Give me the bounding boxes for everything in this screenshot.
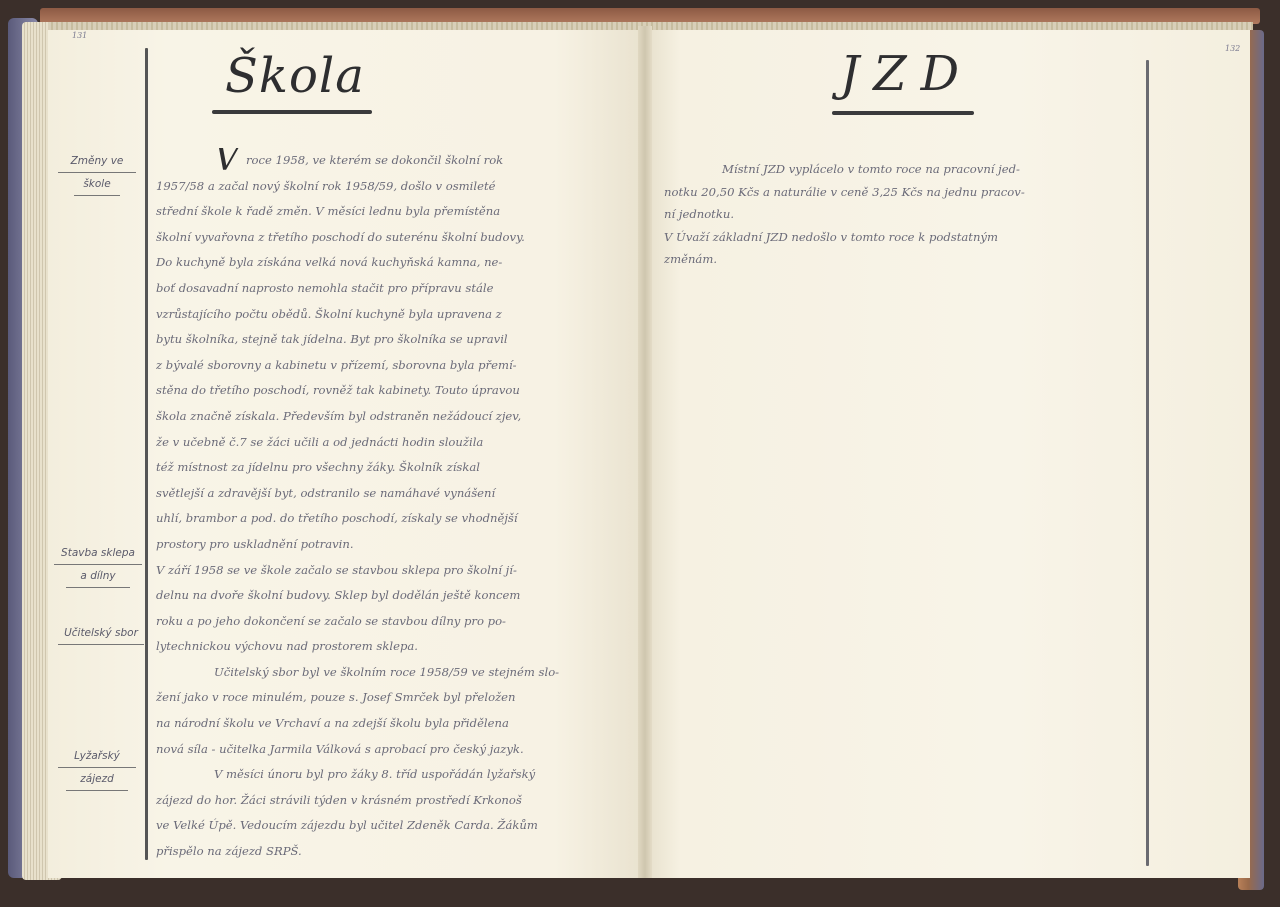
text-line: lytechnickou výchovu nad prostorem sklep… <box>156 634 634 660</box>
book-gutter <box>638 26 652 878</box>
left-page-body: Vroce 1958, ve kterém se dokončil školní… <box>156 148 634 865</box>
margin-note-line: zájezd <box>66 768 128 791</box>
margin-note-line: Změny ve <box>58 150 136 173</box>
left-page-title: Škola <box>225 48 365 104</box>
text-line: na národní školu ve Vrchaví a na zdejší … <box>156 711 634 737</box>
margin-note-lyzarsky: Lyžařský zájezd <box>52 745 142 791</box>
text-line: Místní JZD vyplácelo v tomto roce na pra… <box>664 158 1138 181</box>
text-line: Do kuchyně byla získána velká nová kuchy… <box>156 250 634 276</box>
text-line: školní vyvařovna z třetího poschodí do s… <box>156 225 634 251</box>
text-line: notku 20,50 Kčs a naturálie v ceně 3,25 … <box>664 181 1138 204</box>
margin-note-line: Stavba sklepa <box>54 542 142 565</box>
text-line: roku a po jeho dokončení se začalo se st… <box>156 609 634 635</box>
text-line: uhlí, brambor a pod. do třetího poschodí… <box>156 506 634 532</box>
initial-letter: V <box>214 148 240 174</box>
text-line: stěna do třetího poschodí, rovněž tak ka… <box>156 378 634 404</box>
right-page <box>644 26 1250 878</box>
left-page-number: 131 <box>72 31 87 40</box>
left-title-underline <box>212 110 372 114</box>
right-page-body: Místní JZD vyplácelo v tomto roce na pra… <box>664 158 1138 271</box>
right-margin-rule <box>1146 60 1149 866</box>
right-title-underline <box>832 111 974 115</box>
text-line: prostory pro uskladnění potravin. <box>156 532 634 558</box>
text-line: škola značně získala. Především byl odst… <box>156 404 634 430</box>
right-page-number: 132 <box>1225 44 1240 53</box>
text-line: delnu na dvoře školní budovy. Sklep byl … <box>156 583 634 609</box>
text-line: 1957/58 a začal nový školní rok 1958/59,… <box>156 174 634 200</box>
text-line: boť dosavadní naprosto nemohla stačit pr… <box>156 276 634 302</box>
text-line: z bývalé sborovny a kabinetu v přízemí, … <box>156 353 634 379</box>
text-line: ní jednotku. <box>664 203 1138 226</box>
text-line: též místnost za jídelnu pro všechny žáky… <box>156 455 634 481</box>
margin-note-line: a dílny <box>66 565 130 588</box>
text-line: V Úvaží základní JZD nedošlo v tomto roc… <box>664 226 1138 249</box>
text-line: nová síla - učitelka Jarmila Válková s a… <box>156 737 634 763</box>
right-page-title: JZD <box>840 46 973 102</box>
text-line: střední škole k řadě změn. V měsíci ledn… <box>156 199 634 225</box>
text-line: že v učebně č.7 se žáci učili a od jedná… <box>156 430 634 456</box>
text-line: Vroce 1958, ve kterém se dokončil školní… <box>156 148 634 174</box>
margin-note-stavba: Stavba sklepa a dílny <box>52 542 144 588</box>
margin-note-zmeny: Změny ve škole <box>52 150 142 196</box>
text-line: změnám. <box>664 248 1138 271</box>
text-line-content: roce 1958, ve kterém se dokončil školní … <box>246 153 503 167</box>
margin-note-line: škole <box>74 173 120 196</box>
text-line: žení jako v roce minulém, pouze s. Josef… <box>156 685 634 711</box>
text-line: V září 1958 se ve škole začalo se stavbo… <box>156 558 634 584</box>
text-line: vzrůstajícího počtu obědů. Školní kuchyn… <box>156 302 634 328</box>
margin-note-ucitelsky: Učitelský sbor <box>58 622 144 645</box>
text-line: přispělo na zájezd SRPŠ. <box>156 839 634 865</box>
text-line: Učitelský sbor byl ve školním roce 1958/… <box>156 660 634 686</box>
margin-note-line: Učitelský sbor <box>58 622 144 645</box>
left-margin-rule <box>145 48 148 860</box>
text-line: bytu školníka, stejně tak jídelna. Byt p… <box>156 327 634 353</box>
text-line: ve Velké Úpě. Vedoucím zájezdu byl učite… <box>156 813 634 839</box>
text-line: zájezd do hor. Žáci strávili týden v krá… <box>156 788 634 814</box>
text-line: světlejší a zdravější byt, odstranilo se… <box>156 481 634 507</box>
margin-note-line: Lyžařský <box>58 745 136 768</box>
text-line: V měsíci únoru byl pro žáky 8. tříd uspo… <box>156 762 634 788</box>
